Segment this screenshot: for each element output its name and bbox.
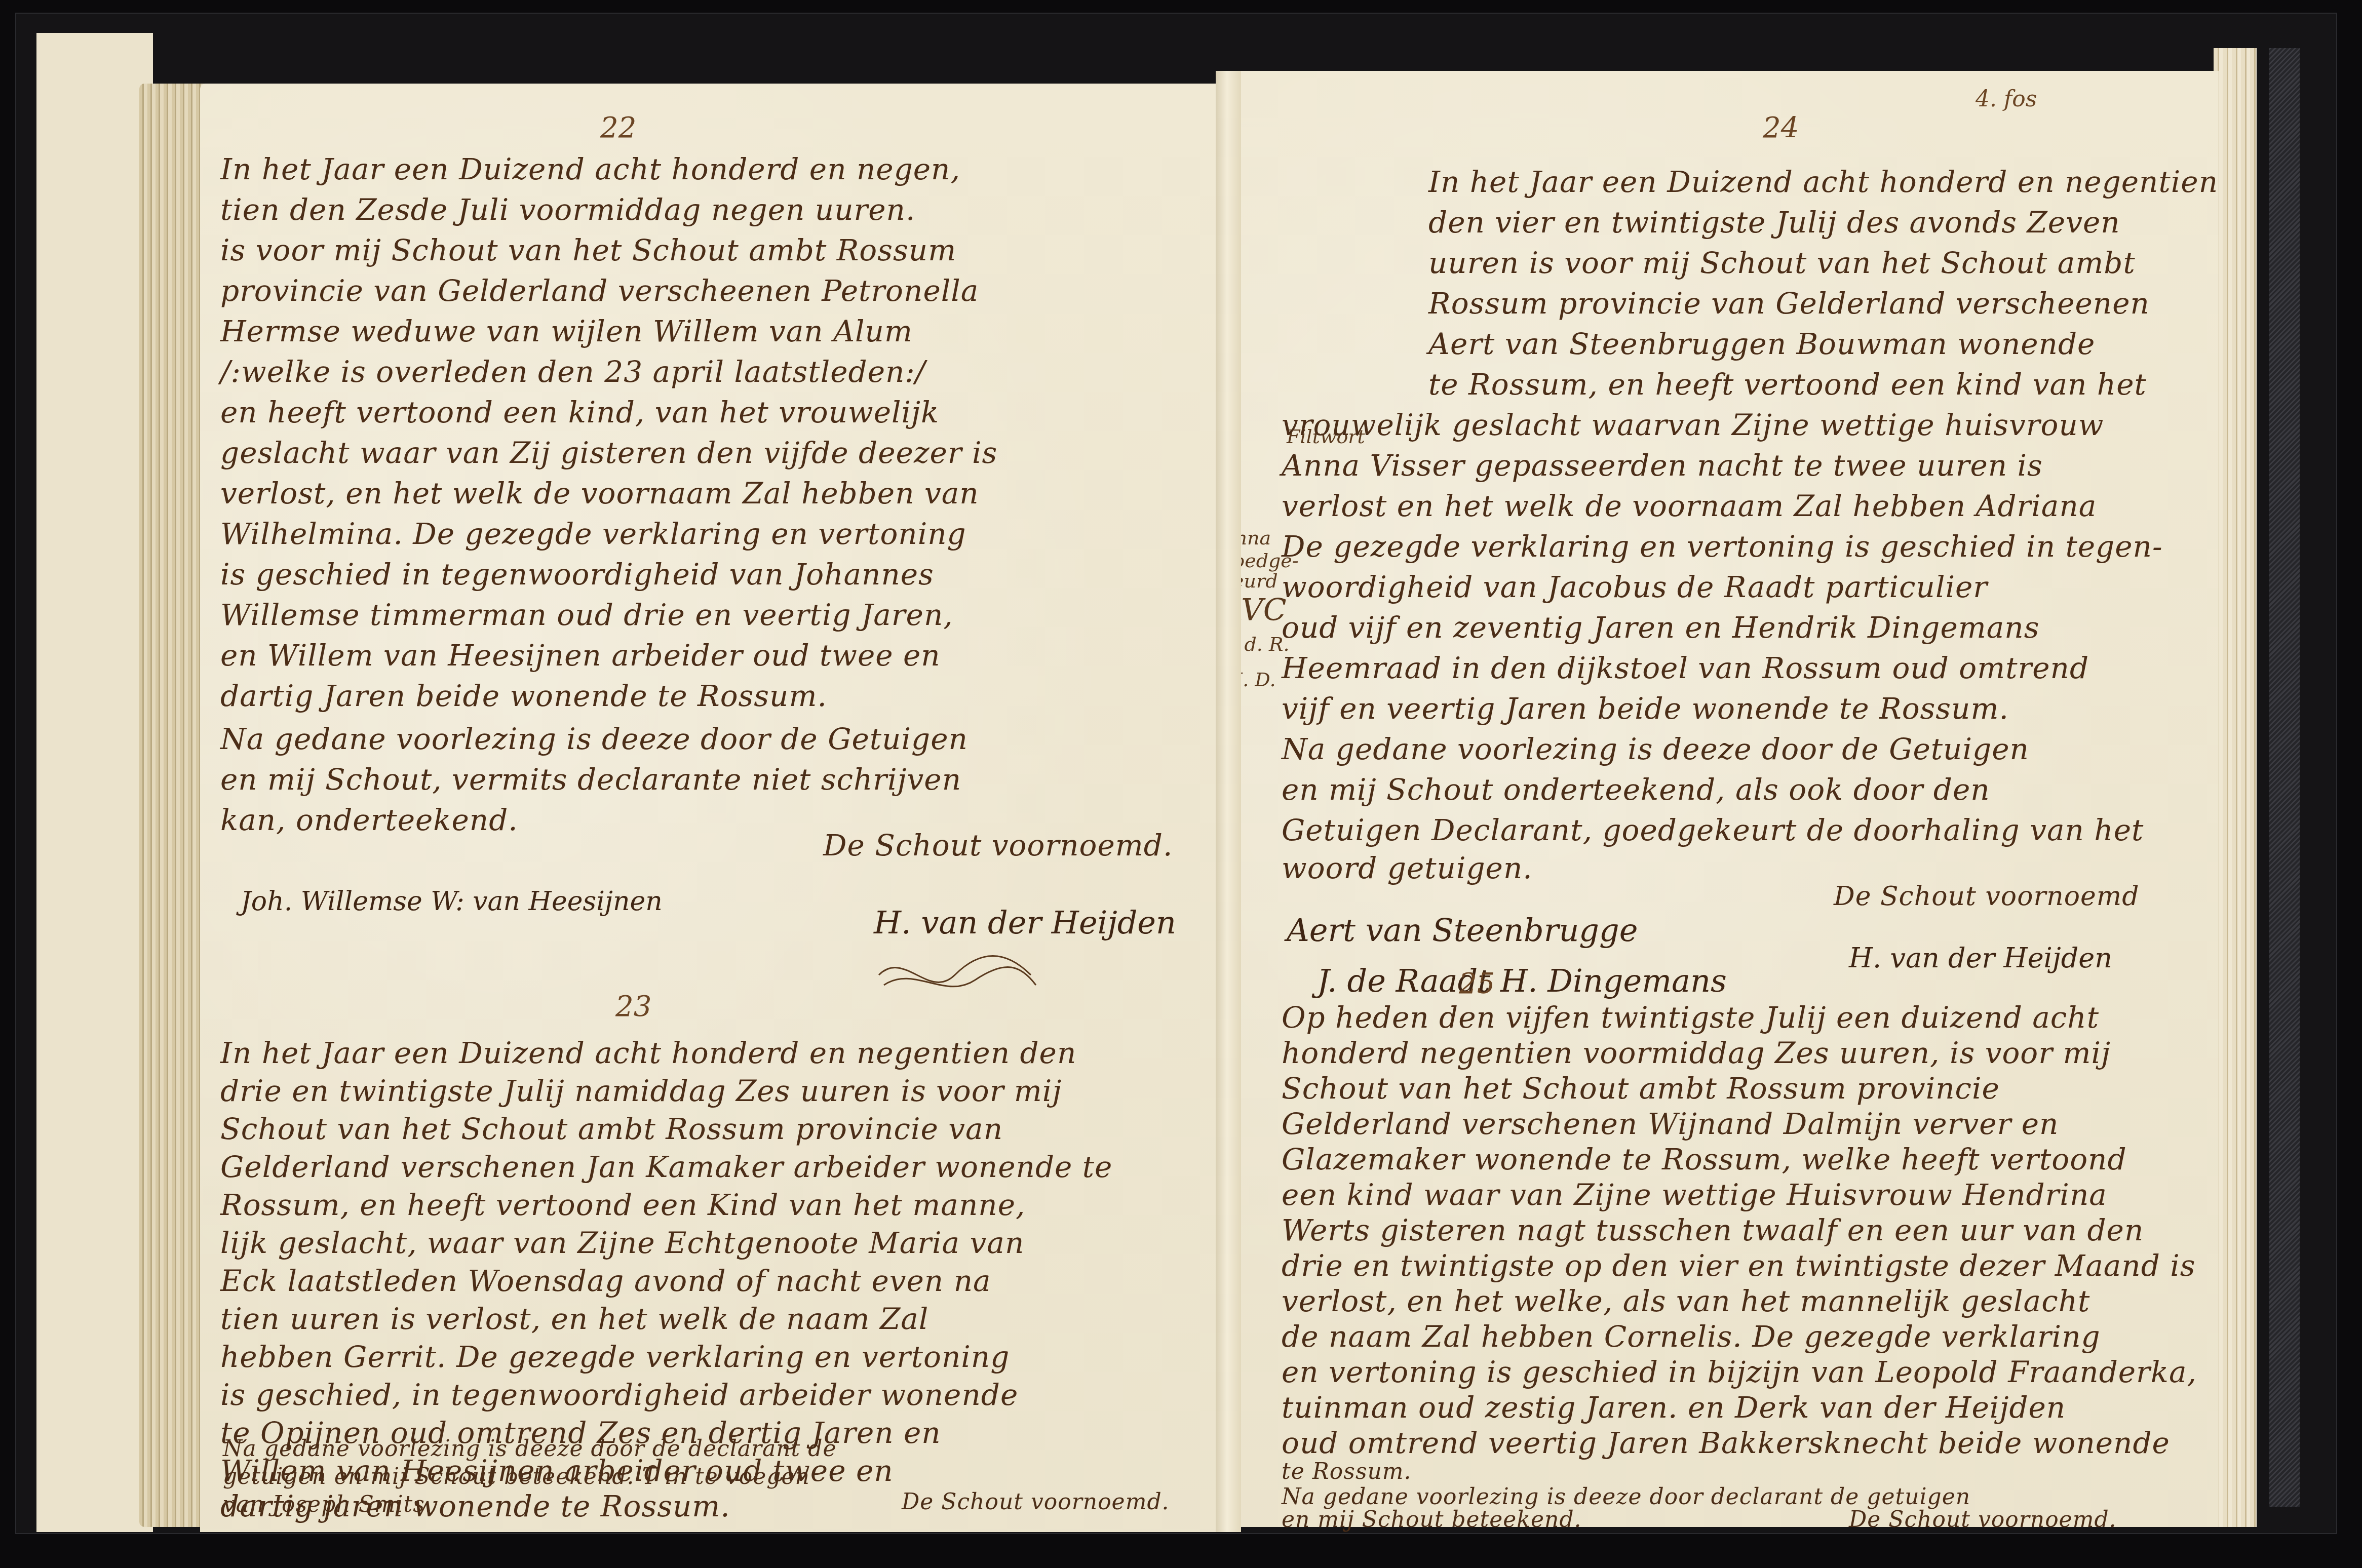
cloth-cover-edge (2269, 48, 2300, 1507)
text-line: en mij Schout beteekend. (1282, 1507, 1582, 1533)
text-line: Rossum provincie van Gelderland verschee… (1428, 286, 2150, 321)
schout-closing: De Schout voornoemd. (823, 828, 1173, 863)
text-line: Werts gisteren nagt tusschen twaalf en e… (1282, 1213, 2144, 1247)
text-line: Heemraad in den dijkstoel van Rossum oud… (1282, 651, 2089, 685)
schout-closing: De Schout voornoemd (1834, 881, 2139, 912)
text-line: Aert van Steenbruggen Bouwman wonende (1428, 327, 2095, 361)
text-line: den vier en twintigste Julij des avonds … (1428, 205, 2120, 240)
text-line: een kind waar van Zijne wettige Huisvrou… (1282, 1178, 2107, 1212)
text-line: honderd negentien voormiddag Zes uuren, … (1282, 1036, 2111, 1070)
text-line: Na gedane voorlezing is deeze door de Ge… (220, 722, 968, 756)
record-number-22: 22 (600, 111, 636, 144)
text-line: Wilhelmina. De gezegde verklaring en ver… (220, 517, 966, 551)
text-line: Hermse weduwe van wijlen Willem van Alum (220, 314, 913, 348)
schout-closing: De Schout voornoemd. (902, 1489, 1170, 1515)
text-line: De gezegde verklaring en vertoning is ge… (1282, 529, 2163, 564)
text-line: is voor mij Schout van het Schout ambt R… (220, 233, 956, 267)
record-number-25: 25 (1459, 967, 1495, 1000)
text-line: In het Jaar een Duizend acht honderd en … (220, 1036, 1076, 1070)
text-line: In het Jaar een Duizend acht honderd en … (220, 152, 960, 186)
text-line: en Willem van Heesijnen arbeider oud twe… (220, 638, 941, 673)
record-number-24: 24 (1763, 111, 1799, 144)
text-line: drie en twintigste op den vier en twinti… (1282, 1248, 2196, 1283)
left-page-edges (139, 84, 205, 1527)
text-line: woordigheid van Jacobus de Raadt particu… (1282, 570, 1988, 604)
text-line: Willemse timmerman oud drie en veertig J… (220, 598, 953, 632)
text-line: tien uuren is verlost, en het welk de na… (220, 1302, 928, 1336)
text-line: geslacht waar van Zij gisteren den vijfd… (220, 436, 997, 470)
text-line: Op heden den vijfen twintigste Julij een… (1282, 1000, 2099, 1035)
text-line: is geschied in tegenwoordigheid van Joha… (220, 557, 934, 592)
text-line: vijf en veertig Jaren beide wonende te R… (1282, 691, 2009, 726)
witness-signature: Aert van Steenbrugge (1287, 912, 1638, 949)
text-line: en heeft vertoond een kind, van het vrou… (220, 395, 939, 429)
text-line: Gelderland verschenen Wijnand Dalmijn ve… (1282, 1107, 2059, 1141)
folio-mark: 4. fos (1976, 86, 2037, 112)
text-line: en vertoning is geschied in bijzijn van … (1282, 1355, 2197, 1389)
text-line: Na gedane voorlezing is deeze door de de… (223, 1436, 837, 1462)
text-line: Schout van het Schout ambt Rossum provin… (220, 1112, 1003, 1146)
text-line: Na gedane voorlezing is deeze door decla… (1282, 1484, 1970, 1510)
text-line: Gelderland verschenen Jan Kamaker arbeid… (220, 1150, 1112, 1184)
text-line: getuigen en mij Schout beteekend. T in t… (223, 1464, 810, 1489)
text-line: lijk geslacht, waar van Zijne Echtgenoot… (220, 1226, 1024, 1260)
text-line: vrouwelijk geslacht waarvan Zijne wettig… (1282, 408, 2104, 442)
text-line: In het Jaar een Duizend acht honderd en … (1428, 165, 2218, 199)
text-line: hebben Gerrit. De gezegde verklaring en … (220, 1340, 1010, 1374)
text-line: Rossum, en heeft vertoond een Kind van h… (220, 1188, 1025, 1222)
text-line: te Rossum. (1282, 1459, 1412, 1484)
text-line: Glazemaker wonende te Rossum, welke heef… (1282, 1142, 2127, 1177)
text-line: van Joseph Smits. (223, 1492, 433, 1517)
text-line: dartig Jaren beide wonende te Rossum. (220, 679, 827, 713)
schout-signature: H. van der Heijden (1849, 942, 2112, 974)
text-line: de naam Zal hebben Cornelis. De gezegde … (1282, 1319, 2101, 1354)
text-line: te Rossum, en heeft vertoond een kind va… (1428, 367, 2147, 402)
text-line: drie en twintigste Julij namiddag Zes uu… (220, 1074, 1062, 1108)
text-line: en mij Schout onderteekend, als ook door… (1282, 772, 1990, 807)
flyleaf (36, 33, 153, 1532)
right-page-edges (2214, 48, 2257, 1527)
left-page: 22 In het Jaar een Duizend acht honderd … (200, 84, 1226, 1532)
text-line: tien den Zesde Juli voormiddag negen uur… (220, 192, 915, 227)
text-line: uuren is voor mij Schout van het Schout … (1428, 246, 2136, 280)
signature-flourish-icon (874, 945, 1041, 1005)
text-line: Schout van het Schout ambt Rossum provin… (1282, 1071, 2000, 1106)
text-line: tuinman oud zestig Jaren. en Derk van de… (1282, 1390, 2066, 1425)
text-line: is geschied, in tegenwoordigheid arbeide… (220, 1378, 1018, 1412)
text-line: woord getuigen. (1282, 851, 1533, 885)
text-line: Eck laatstleden Woensdag avond of nacht … (220, 1264, 991, 1298)
text-line: Na gedane voorlezing is deeze door de Ge… (1282, 732, 2029, 766)
witness-signatures: Joh. Willemse W: van Heesijnen (241, 886, 663, 917)
text-line: kan, onderteekend. (220, 803, 518, 837)
schout-closing: De Schout voornoemd. (1849, 1507, 2117, 1533)
book-gutter (1216, 71, 1241, 1532)
text-line: /:welke is overleden den 23 april laatst… (220, 355, 925, 389)
text-line: verlost, en het welk de voornaam Zal heb… (220, 476, 979, 511)
schout-signature: H. van der Heijden (874, 904, 1176, 941)
text-line: oud omtrend veertig Jaren Bakkersknecht … (1282, 1426, 2170, 1460)
text-line: verlost, en het welke, als van het manne… (1282, 1284, 2090, 1318)
text-line: provincie van Gelderland verscheenen Pet… (220, 273, 979, 308)
record-number-23: 23 (615, 990, 651, 1023)
text-line: Getuigen Declarant, goedgekeurt de doorh… (1282, 813, 2144, 847)
witness-signature: J. de Raadt H. Dingemans (1317, 962, 1727, 999)
text-line: en mij Schout, vermits declarante niet s… (220, 762, 961, 797)
text-line: verlost en het welk de voornaam Zal hebb… (1282, 489, 2097, 523)
text-line: oud vijf en zeventig Jaren en Hendrik Di… (1282, 610, 2040, 645)
text-line: Anna Visser gepasseerden nacht te twee u… (1282, 448, 2043, 483)
